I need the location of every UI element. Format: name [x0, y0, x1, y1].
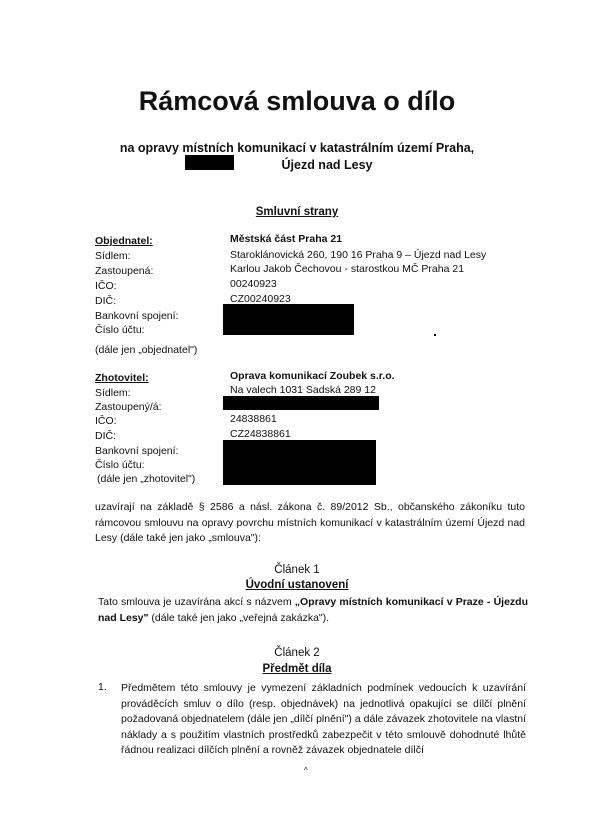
contractor-name: Oprava komunikací Zoubek s.r.o. [230, 370, 395, 382]
parties-heading: Smluvní strany [0, 206, 594, 218]
article-2-title: Předmět díla [0, 663, 594, 675]
client-field-value: 00240923 [230, 278, 277, 290]
client-field-label: Bankovní spojení: [95, 310, 178, 322]
scan-speck [434, 334, 436, 336]
contractor-field-label: Zastoupený/á: [95, 401, 162, 413]
article-1-number: Článek 1 [0, 564, 594, 576]
client-field-value: Staroklánovická 260, 190 16 Praha 9 – Új… [230, 249, 486, 261]
client-field-label: Sídlem: [95, 250, 131, 262]
subtitle-line2-text: Újezd nad Lesy [282, 158, 373, 172]
contractor-field-value: CZ24838861 [230, 428, 291, 440]
contractor-field-label: IČO: [95, 415, 117, 427]
article-1-text-before: Tato smlouva je uzavírána akcí s názvem [98, 596, 295, 608]
client-field-label: IČO: [95, 280, 117, 292]
article-2-number: Článek 2 [0, 647, 594, 659]
contractor-field-label: DIČ: [95, 430, 116, 442]
contractor-field-label: Sídlem: [95, 387, 131, 399]
client-name: Městská část Praha 21 [230, 233, 342, 245]
client-alias: (dále jen „objednatel") [95, 344, 197, 356]
contractor-field-value: Na valech 1031 Sadská 289 12 [230, 384, 376, 396]
client-field-value: Karlou Jakob Čechovou - starostkou MČ Pr… [230, 263, 464, 275]
page-mark: ^ [304, 766, 308, 775]
document-subtitle-line2: Újezd nad Lesy [0, 158, 594, 172]
client-label: Objednatel: [95, 235, 153, 247]
article-2-item-text: Předmětem této smlouvy je vymezení zákla… [121, 681, 526, 759]
redaction-box-subtitle [185, 155, 234, 170]
redaction-box-client-bank [223, 304, 354, 335]
article-1-title: Úvodní ustanovení [0, 579, 594, 591]
client-field-label: Zastoupená: [95, 265, 153, 277]
document-subtitle-line1: na opravy místních komunikací v katastrá… [0, 141, 594, 155]
redaction-box-contractor-bank [223, 440, 376, 485]
contractor-field-value: 24838861 [230, 413, 277, 425]
contractor-field-label: Číslo účtu: [95, 459, 145, 471]
contractor-alias: (dále jen „zhotovitel") [97, 473, 195, 485]
contractor-label: Zhotovitel: [95, 372, 149, 384]
client-field-label: Číslo účtu: [95, 324, 145, 336]
contractor-field-label: Bankovní spojení: [95, 445, 178, 457]
intro-paragraph: uzavírají na základě § 2586 a násl. záko… [95, 500, 525, 547]
redaction-box-contractor-rep [223, 396, 379, 410]
article-1-text: Tato smlouva je uzavírána akcí s názvem … [98, 595, 528, 626]
client-field-label: DIČ: [95, 295, 116, 307]
document-title: Rámcová smlouva o dílo [0, 86, 594, 117]
article-2-item-number: 1. [98, 681, 107, 693]
article-1-text-after: (dále také jen jako „veřejná zakázka"). [149, 612, 330, 624]
